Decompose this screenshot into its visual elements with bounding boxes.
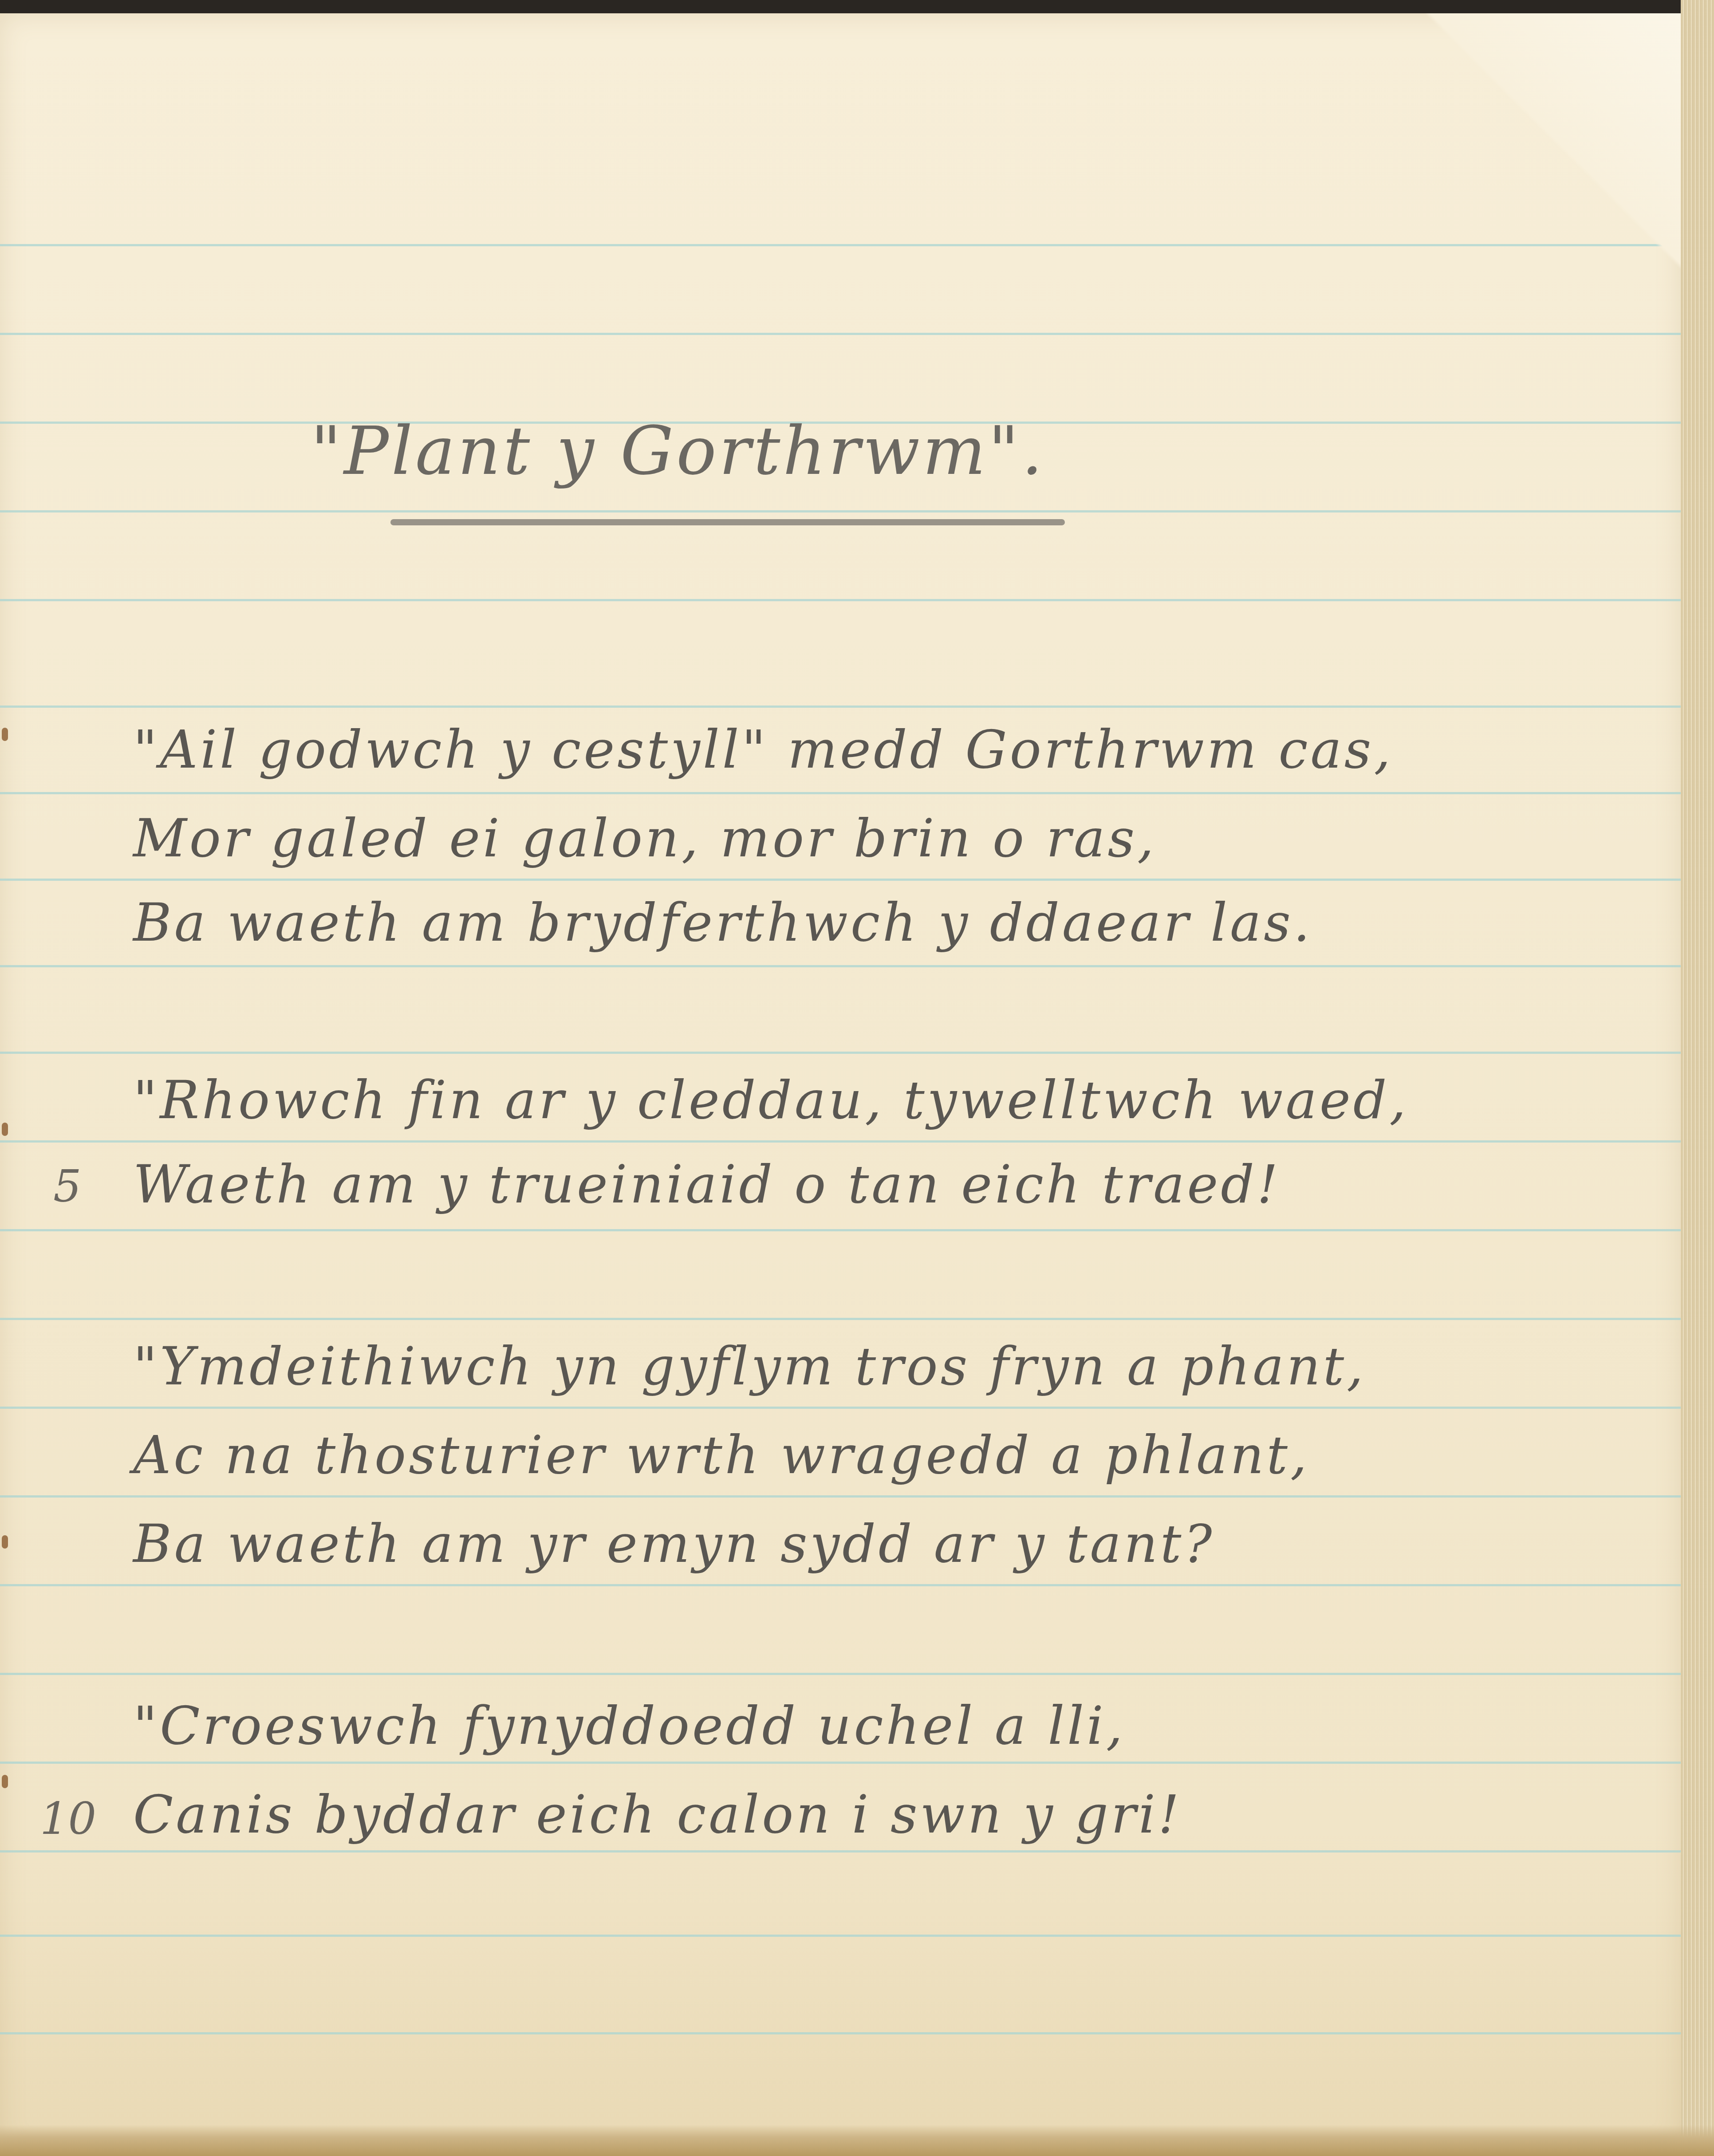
ruled-line [0,333,1682,335]
ruled-line [0,879,1682,881]
poem-line-9: "Croeswch fynyddoedd uchel a lli, [133,1695,1125,1756]
worn-bottom-edge [0,2125,1714,2156]
ruled-line [0,1673,1682,1675]
ruled-line [0,1229,1682,1231]
poem-line-7: Ac na thosturier wrth wragedd a phlant, [133,1424,1309,1486]
ruled-line [0,599,1682,601]
scan-top-border [0,0,1714,13]
folded-corner [1424,13,1682,315]
binding-hole [2,1775,8,1788]
ruled-line [0,792,1682,794]
ruled-line [0,1584,1682,1586]
ruled-line [0,2032,1682,2034]
ruled-line [0,1762,1682,1764]
ruled-line [0,965,1682,967]
ruled-line [0,510,1682,512]
title-underline [390,519,1065,525]
poem-line-1: "Ail godwch y cestyll" medd Gorthrwm cas… [133,719,1393,780]
poem-line-8: Ba waeth am yr emyn sydd ar y tant? [133,1513,1215,1574]
ruled-line [0,1495,1682,1498]
binding-hole [2,1535,8,1549]
poem-line-10: Canis byddar eich calon i swn y gri! [133,1784,1182,1845]
binding-hole [2,728,8,741]
ruled-line [0,1140,1682,1143]
poem-line-2: Mor galed ei galon, mor brin o ras, [133,808,1156,869]
ruled-line [0,1850,1682,1853]
ruled-line [0,706,1682,708]
poem-line-6: "Ymdeithiwch yn gyflym tros fryn a phant… [133,1336,1366,1397]
ruled-line [0,1407,1682,1409]
page-stack-edge [1681,0,1714,2156]
poem-line-3: Ba waeth am brydferthwch y ddaear las. [133,892,1312,953]
ruled-line [0,1935,1682,1937]
binding-hole [2,1123,8,1136]
ruled-line [0,1318,1682,1320]
line-number-10: 10 [40,1793,96,1845]
poem-line-4: "Rhowch fin ar y cleddau, tywelltwch wae… [133,1069,1409,1131]
line-number-5: 5 [53,1160,82,1212]
poem-line-5: Waeth am y trueiniaid o tan eich traed! [133,1154,1281,1215]
ruled-line [0,1052,1682,1054]
poem-title: "Plant y Gorthrwm". [311,413,1045,490]
